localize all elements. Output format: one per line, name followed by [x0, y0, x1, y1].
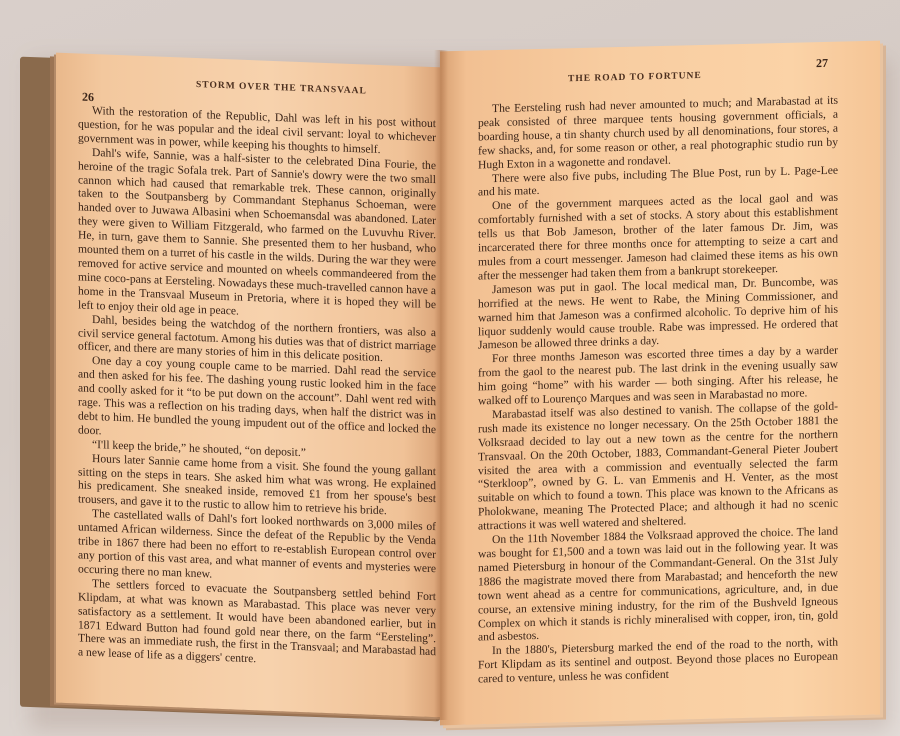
page-number: 27: [816, 56, 828, 71]
paragraph: Marabastad itself was also destined to v…: [478, 400, 838, 534]
page-body: The Eersteling rush had never amounted t…: [478, 94, 838, 687]
paragraph: Jameson was put in gaol. The local medic…: [478, 274, 838, 352]
paragraph: One of the government marquees acted as …: [478, 191, 838, 283]
right-page: 27 THE ROAD TO FORTUNE The Eersteling ru…: [440, 41, 880, 726]
running-head: THE ROAD TO FORTUNE: [568, 71, 702, 84]
running-head: STORM OVER THE TRANSVAAL: [196, 80, 367, 97]
page-body: With the restoration of the Republic, Da…: [78, 103, 436, 673]
paragraph: In the 1880's, Pietersburg marked the en…: [478, 636, 838, 687]
paragraph: For three months Jameson was escorted th…: [478, 344, 838, 408]
paragraph: The settlers forced to evacuate the Sout…: [78, 576, 436, 673]
paragraph: One day a coy young couple came to be ma…: [78, 354, 436, 451]
book-gutter: [434, 50, 448, 720]
paragraph: On the 11th November 1884 the Volksraad …: [478, 525, 838, 645]
left-page: 26 STORM OVER THE TRANSVAAL With the res…: [56, 53, 442, 718]
paragraph: The Eersteling rush had never amounted t…: [478, 94, 838, 172]
paragraph: Dahl's wife, Sannie, was a half-sister t…: [78, 145, 436, 326]
